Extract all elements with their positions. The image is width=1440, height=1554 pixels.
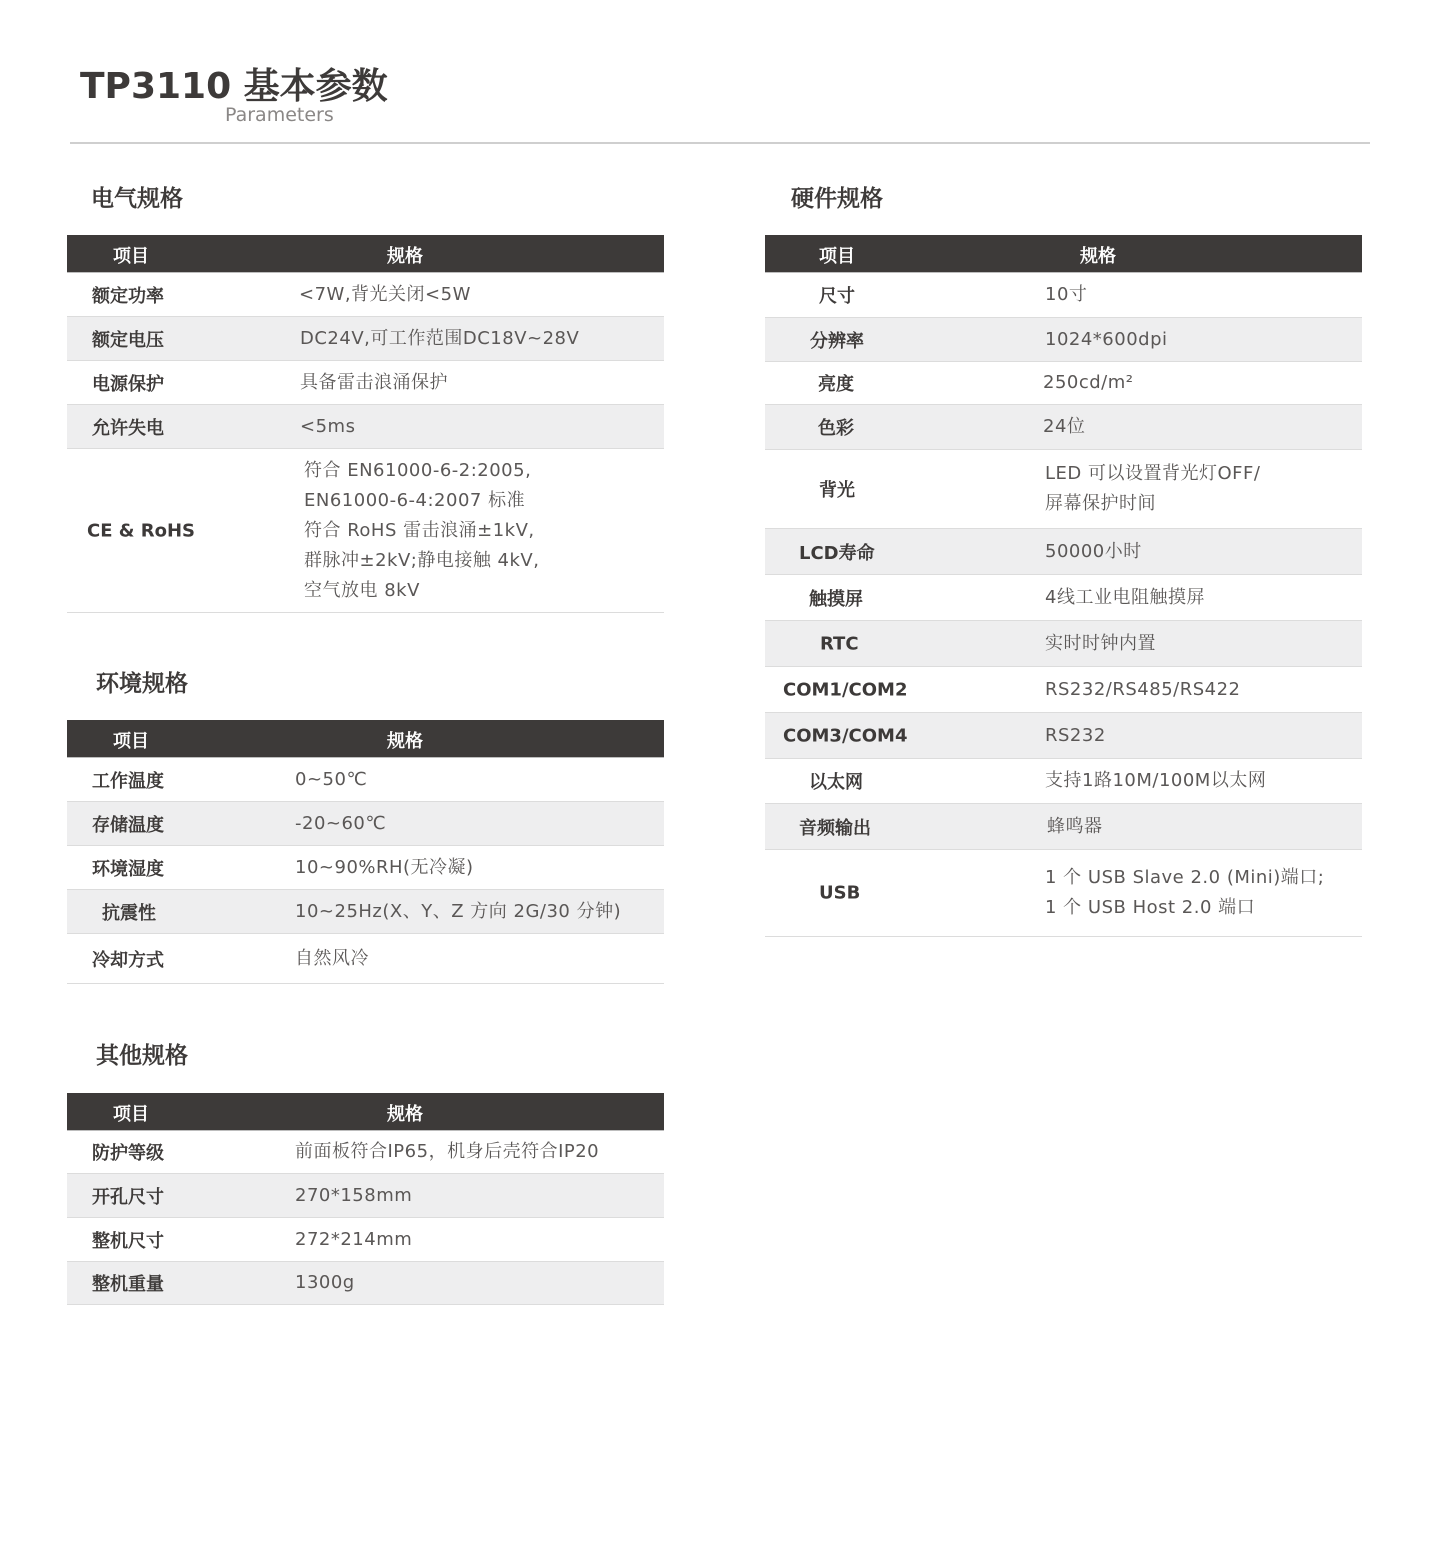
row-value: 1024*600dpi bbox=[1045, 325, 1168, 355]
table-row: 分辨率 1024*600dpi bbox=[765, 318, 1362, 362]
table-row: 额定电压 DC24V,可工作范围DC18V~28V bbox=[67, 317, 664, 361]
table-row: 允许失电 <5ms bbox=[67, 405, 664, 449]
row-key: 尺寸 bbox=[819, 282, 855, 308]
table-row: 开孔尺寸 270*158mm bbox=[67, 1174, 664, 1218]
column-header-spec: 规格 bbox=[387, 727, 423, 753]
table-row: 存储温度 -20~60℃ bbox=[67, 802, 664, 846]
section-title-electrical: 电气规格 bbox=[91, 180, 183, 213]
section-title-other: 其他规格 bbox=[96, 1037, 188, 1070]
row-value: 50000小时 bbox=[1045, 537, 1142, 567]
table-row: 整机重量 1300g bbox=[67, 1262, 664, 1305]
column-header-spec: 规格 bbox=[1080, 242, 1116, 268]
table-row: USB 1 个 USB Slave 2.0 (Mini)端口; 1 个 USB … bbox=[765, 850, 1362, 937]
column-header-spec: 规格 bbox=[387, 1100, 423, 1126]
row-value: 1 个 USB Slave 2.0 (Mini)端口; 1 个 USB Host… bbox=[1045, 863, 1324, 923]
table-row: 背光 LED 可以设置背光灯OFF/ 屏幕保护时间 bbox=[765, 450, 1362, 529]
row-key: 环境湿度 bbox=[92, 855, 164, 881]
row-value: 1300g bbox=[295, 1268, 355, 1298]
row-key: COM3/COM4 bbox=[783, 725, 907, 746]
row-key: 允许失电 bbox=[92, 414, 164, 440]
row-key: 冷却方式 bbox=[92, 946, 164, 972]
row-key: 电源保护 bbox=[92, 370, 164, 396]
table-row: 冷却方式 自然风冷 bbox=[67, 934, 664, 984]
column-header-item: 项目 bbox=[113, 727, 149, 753]
row-value: 10~90%RH(无冷凝) bbox=[295, 853, 474, 883]
table-row: 抗震性 10~25Hz(X、Y、Z 方向 2G/30 分钟) bbox=[67, 890, 664, 934]
table-row: 亮度 250cd/m² bbox=[765, 362, 1362, 405]
row-key: 亮度 bbox=[818, 370, 854, 396]
table-row: 整机尺寸 272*214mm bbox=[67, 1218, 664, 1262]
row-value: 10~25Hz(X、Y、Z 方向 2G/30 分钟) bbox=[295, 897, 621, 927]
table-row: RTC 实时时钟内置 bbox=[765, 621, 1362, 667]
row-value: <5ms bbox=[300, 412, 355, 442]
row-value: 4线工业电阻触摸屏 bbox=[1045, 583, 1205, 613]
row-value: DC24V,可工作范围DC18V~28V bbox=[300, 324, 579, 354]
table-row: LCD寿命 50000小时 bbox=[765, 529, 1362, 575]
row-value: RS232 bbox=[1045, 721, 1106, 751]
column-header-item: 项目 bbox=[113, 242, 149, 268]
row-key: 色彩 bbox=[818, 414, 854, 440]
row-key: 分辨率 bbox=[810, 327, 864, 353]
column-header-item: 项目 bbox=[113, 1100, 149, 1126]
table-row: COM1/COM2 RS232/RS485/RS422 bbox=[765, 667, 1362, 713]
other-table: 项目 规格 防护等级 前面板符合IP65，机身后壳符合IP20 开孔尺寸 270… bbox=[67, 1093, 664, 1305]
row-key: 存储温度 bbox=[92, 811, 164, 837]
table-row: COM3/COM4 RS232 bbox=[765, 713, 1362, 759]
row-key: 额定电压 bbox=[92, 326, 164, 352]
row-value: 24位 bbox=[1043, 412, 1085, 442]
page-subtitle: Parameters bbox=[225, 104, 334, 126]
row-value: 270*158mm bbox=[295, 1181, 412, 1211]
table-row: 尺寸 10寸 bbox=[765, 273, 1362, 318]
environment-table: 项目 规格 工作温度 0~50℃ 存储温度 -20~60℃ 环境湿度 10~90… bbox=[67, 720, 664, 984]
row-key: 整机重量 bbox=[92, 1270, 164, 1296]
table-header: 项目 规格 bbox=[67, 235, 664, 273]
row-key: 抗震性 bbox=[102, 899, 156, 925]
row-key: 背光 bbox=[819, 476, 855, 502]
row-value: 符合 EN61000-6-2:2005, EN61000-6-4:2007 标准… bbox=[304, 456, 539, 606]
row-key: 防护等级 bbox=[92, 1139, 164, 1165]
row-key: 以太网 bbox=[809, 768, 863, 794]
table-header: 项目 规格 bbox=[67, 1093, 664, 1131]
table-row: 工作温度 0~50℃ bbox=[67, 758, 664, 802]
table-row: 额定功率 <7W,背光关闭<5W bbox=[67, 273, 664, 317]
page-title: TP3110 基本参数 bbox=[80, 58, 388, 109]
row-key: USB bbox=[819, 883, 860, 904]
row-value: 前面板符合IP65，机身后壳符合IP20 bbox=[295, 1137, 599, 1167]
table-row: 触摸屏 4线工业电阻触摸屏 bbox=[765, 575, 1362, 621]
row-value: LED 可以设置背光灯OFF/ 屏幕保护时间 bbox=[1045, 459, 1260, 519]
table-header: 项目 规格 bbox=[765, 235, 1362, 273]
row-key: 额定功率 bbox=[92, 282, 164, 308]
row-value: 实时时钟内置 bbox=[1045, 629, 1156, 659]
row-key: 音频输出 bbox=[799, 814, 871, 840]
section-title-hardware: 硬件规格 bbox=[791, 180, 883, 213]
row-value: <7W,背光关闭<5W bbox=[299, 280, 471, 310]
table-row: 以太网 支持1路10M/100M以太网 bbox=[765, 759, 1362, 804]
row-key: 开孔尺寸 bbox=[92, 1183, 164, 1209]
row-value: 250cd/m² bbox=[1043, 368, 1134, 398]
row-value: -20~60℃ bbox=[295, 809, 386, 839]
row-key: RTC bbox=[820, 633, 859, 654]
row-key: CE & RoHS bbox=[87, 520, 195, 541]
row-value: 支持1路10M/100M以太网 bbox=[1045, 766, 1266, 796]
row-value: 蜂鸣器 bbox=[1047, 812, 1103, 842]
row-value: 10寸 bbox=[1045, 280, 1087, 310]
row-key: 工作温度 bbox=[92, 767, 164, 793]
row-key: LCD寿命 bbox=[799, 539, 875, 565]
row-value: 具备雷击浪涌保护 bbox=[300, 368, 448, 398]
column-header-item: 项目 bbox=[819, 242, 855, 268]
hardware-table: 项目 规格 尺寸 10寸 分辨率 1024*600dpi 亮度 250cd/m²… bbox=[765, 235, 1362, 937]
row-key: 整机尺寸 bbox=[92, 1227, 164, 1253]
table-header: 项目 规格 bbox=[67, 720, 664, 758]
table-row: 色彩 24位 bbox=[765, 405, 1362, 450]
table-row: 音频输出 蜂鸣器 bbox=[765, 804, 1362, 850]
table-row: CE & RoHS 符合 EN61000-6-2:2005, EN61000-6… bbox=[67, 449, 664, 613]
electrical-table: 项目 规格 额定功率 <7W,背光关闭<5W 额定电压 DC24V,可工作范围D… bbox=[67, 235, 664, 613]
title-divider bbox=[70, 142, 1370, 144]
row-key: COM1/COM2 bbox=[783, 679, 907, 700]
row-value: 272*214mm bbox=[295, 1225, 412, 1255]
row-key: 触摸屏 bbox=[809, 585, 863, 611]
table-row: 电源保护 具备雷击浪涌保护 bbox=[67, 361, 664, 405]
table-row: 防护等级 前面板符合IP65，机身后壳符合IP20 bbox=[67, 1131, 664, 1174]
row-value: RS232/RS485/RS422 bbox=[1045, 675, 1241, 705]
section-title-environment: 环境规格 bbox=[96, 665, 188, 698]
table-row: 环境湿度 10~90%RH(无冷凝) bbox=[67, 846, 664, 890]
column-header-spec: 规格 bbox=[387, 242, 423, 268]
row-value: 自然风冷 bbox=[295, 944, 369, 974]
row-value: 0~50℃ bbox=[295, 765, 367, 795]
